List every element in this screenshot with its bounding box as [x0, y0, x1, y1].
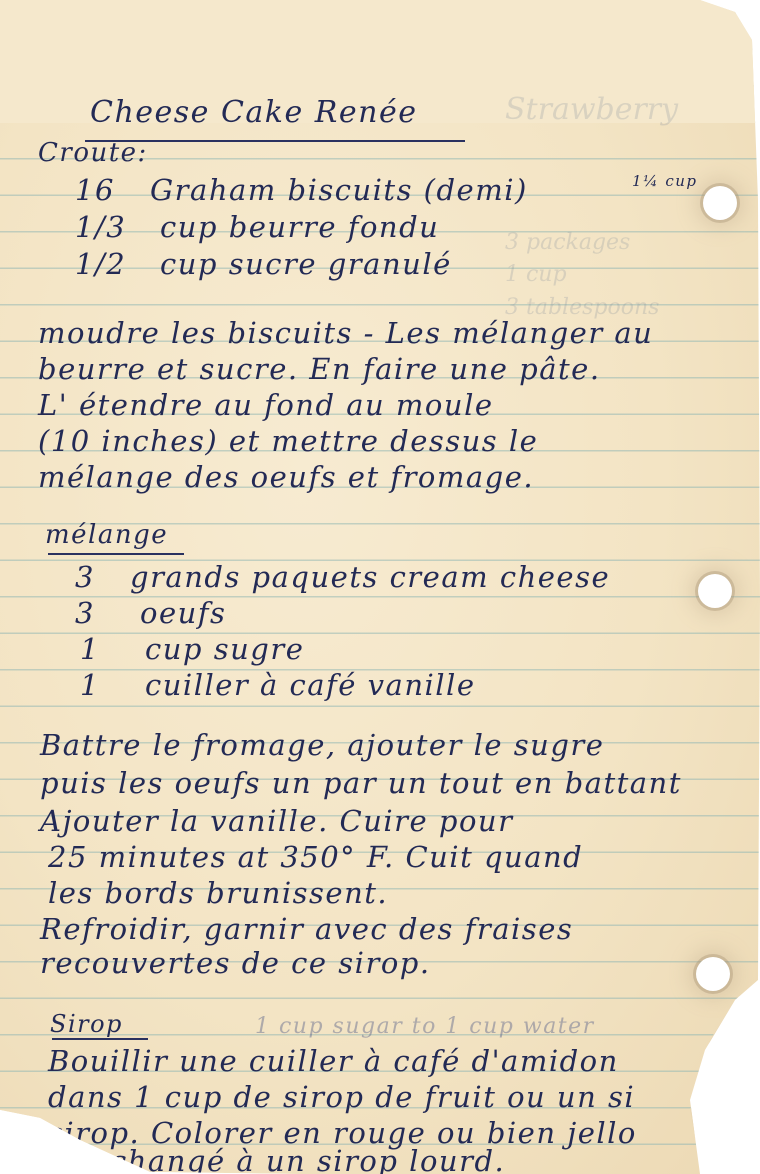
instruction-line: Ajouter la vanille. Cuire pour — [40, 804, 513, 838]
instruction-line: (10 inches) et mettre dessus le — [38, 424, 538, 458]
ingredient-qty: 3 — [75, 560, 95, 594]
recipe-title: Cheese Cake Renée — [90, 95, 417, 130]
ingredient-qty: 1 — [80, 632, 100, 666]
instruction-line: recouvertes de ce sirop. — [40, 946, 431, 980]
instruction-line: dans 1 cup de sirop de fruit ou un si — [48, 1080, 635, 1114]
ingredient-text: oeufs — [140, 596, 226, 630]
section-heading-melange: mélange — [45, 520, 168, 550]
instruction-line: les bords brunissent. — [48, 876, 388, 910]
margin-note: 1 cup sugar to 1 cup water — [255, 1014, 595, 1039]
ingredient-text: grands paquets cream cheese — [130, 560, 610, 594]
ingredient-note: 1¼ cup — [632, 172, 698, 190]
ingredient-qty: 1/2 — [75, 247, 126, 281]
binder-hole — [696, 957, 730, 991]
ingredient-text: cup beurre fondu — [160, 210, 439, 244]
ingredient-qty: 1/3 — [75, 210, 126, 244]
binder-hole — [698, 574, 732, 608]
instruction-line: moudre les biscuits - Les mélanger au — [38, 316, 653, 350]
ingredient-text: cuiller à café vanille — [145, 668, 475, 702]
recipe-card: Strawberry 3 packages 1 cup 3 tablespoon… — [0, 0, 760, 1174]
instruction-line: beurre et sucre. En faire une pâte. — [38, 352, 601, 386]
ingredient-text: cup sucre granulé — [160, 247, 452, 281]
heading-underline — [52, 1038, 148, 1040]
instruction-line: Battre le fromage, ajouter le sugre — [40, 728, 604, 762]
bleed-through-text: 3 packages — [505, 230, 630, 255]
instruction-line: 25 minutes at 350° F. Cuit quand — [48, 840, 583, 874]
ingredient-text: cup sugre — [145, 632, 304, 666]
bleed-through-text: 1 cup — [505, 262, 567, 287]
binder-hole — [703, 186, 737, 220]
ingredient-qty: 16 — [75, 173, 115, 207]
instruction-line: changé à un sirop lourd. — [110, 1144, 505, 1174]
bleed-through-text: Strawberry — [505, 92, 678, 127]
section-heading-croute: Croute: — [38, 138, 148, 168]
heading-underline — [48, 553, 184, 555]
instruction-line: mélange des oeufs et fromage. — [38, 460, 534, 494]
ingredient-qty: 3 — [75, 596, 95, 630]
instruction-line: Bouillir une cuiller à café d'amidon — [48, 1044, 619, 1078]
instruction-line: L' étendre au fond au moule — [38, 388, 494, 422]
section-heading-sirop: Sirop — [50, 1010, 123, 1038]
ingredient-text: Graham biscuits (demi) — [150, 173, 528, 207]
instruction-line: puis les oeufs un par un tout en battant — [40, 766, 682, 800]
ingredient-qty: 1 — [80, 668, 100, 702]
instruction-line: Refroidir, garnir avec des fraises — [40, 912, 573, 946]
